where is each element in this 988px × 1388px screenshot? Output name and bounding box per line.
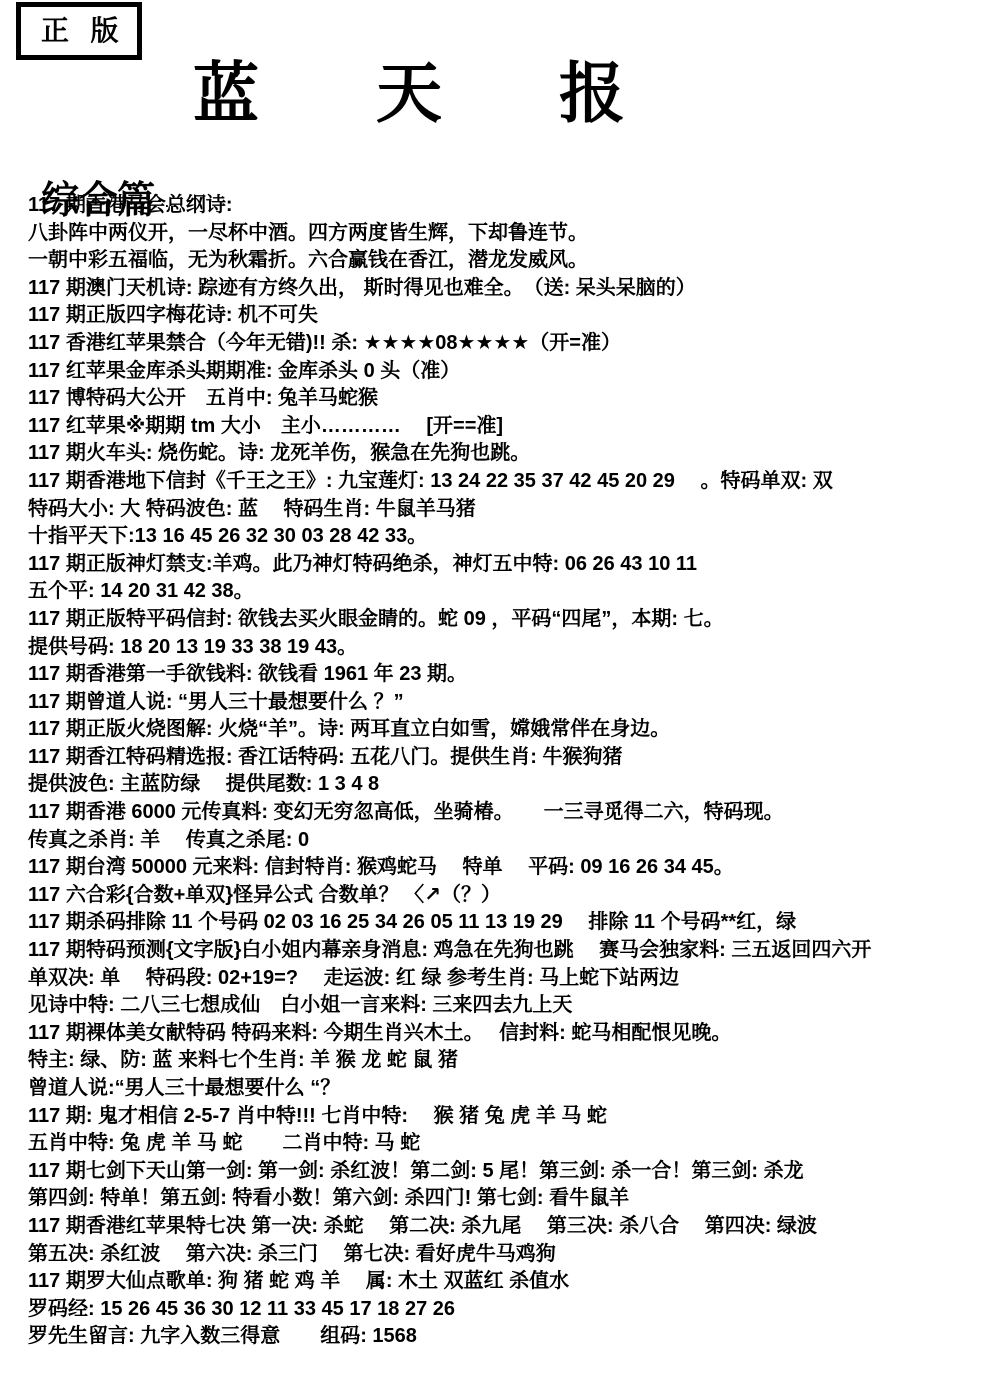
- text-line-22: 提供波色: 主蓝防绿 提供尾数: 1 3 4 8: [28, 771, 988, 799]
- text-line-15: 五个平: 14 20 31 42 38。: [28, 578, 988, 606]
- text-line-26: 117 六合彩{合数+单双}怪异公式 合数单？ 〈↗（？）: [28, 882, 988, 910]
- text-line-25: 117 期台湾 50000 元来料: 信封特肖: 猴鸡蛇马 特单 平码: 09 …: [28, 854, 988, 882]
- text-line-24: 传真之杀肖: 羊 传真之杀尾: 0: [28, 827, 988, 855]
- page: { "page": { "badge": "正 版", "title_chars…: [0, 0, 988, 1388]
- text-line-36: 117 期七剑下天山第一剑: 第一剑: 杀红波！第二剑: 5 尾！第三剑: 杀一…: [28, 1158, 988, 1186]
- text-line-42: 罗先生留言: 九字入数三得意 组码: 1568: [28, 1323, 988, 1351]
- text-line-32: 特主: 绿、防: 蓝 来料七个生肖: 羊 猴 龙 蛇 鼠 猪: [28, 1047, 988, 1075]
- title-char-2: 天: [376, 62, 442, 128]
- text-line-28: 117 期特码预测{文字版}白小姐内幕亲身消息: 鸡急在先狗也跳 赛马会独家料:…: [28, 937, 988, 965]
- text-line-39: 第五决: 杀红波 第六决: 杀三门 第七决: 看好虎牛马鸡狗: [28, 1241, 988, 1269]
- title-char-3: 报: [559, 62, 625, 128]
- text-line-23: 117 期香港 6000 元传真料: 变幻无穷忽高低，坐骑椿。 一三寻觅得二六，…: [28, 799, 988, 827]
- text-line-21: 117 期香江特码精选报: 香江话特码: 五花八门。提供生肖: 牛猴狗猪: [28, 744, 988, 772]
- text-line-4: 117 期澳门天机诗: 踪迹有方终久出， 斯时得见也难全。 （送: 呆头呆脑的）: [28, 275, 988, 303]
- text-line-5: 117 期正版四字梅花诗: 机不可失: [28, 302, 988, 330]
- text-line-30: 见诗中特: 二八三七想成仙 白小姐一言来料: 三来四去九上天: [28, 992, 988, 1020]
- text-line-10: 117 期火车头: 烧伤蛇。诗: 龙死羊伤，猴急在先狗也跳。: [28, 440, 988, 468]
- text-line-2: 八卦阵中两仪开，一尽杯中酒。四方两度皆生辉，下却鲁连节。: [28, 220, 988, 248]
- text-line-7: 117 红苹果金库杀头期期准: 金库杀头 0 头（准）: [28, 358, 988, 386]
- lines: 117 期香港马会总纲诗:八卦阵中两仪开，一尽杯中酒。四方两度皆生辉，下却鲁连节…: [28, 192, 988, 1351]
- text-line-9: 117 红苹果※期期 tm 大小 主小………… [开==准]: [28, 413, 988, 441]
- text-line-16: 117 期正版特平码信封: 欲钱去买火眼金睛的。蛇 09 ，平码“四尾”，本期:…: [28, 606, 988, 634]
- text-line-27: 117 期杀码排除 11 个号码 02 03 16 25 34 26 05 11…: [28, 909, 988, 937]
- text-line-34: 117 期: 鬼才相信 2-5-7 肖中特!!! 七肖中特: 猴 猪 兔 虎 羊…: [28, 1103, 988, 1131]
- authentic-edition-badge: 正 版: [16, 2, 142, 60]
- text-line-38: 117 期香港红苹果特七决 第一决: 杀蛇 第二决: 杀九尾 第三决: 杀八合 …: [28, 1213, 988, 1241]
- title-char-1: 蓝: [193, 62, 259, 128]
- text-line-18: 117 期香港第一手欲钱料: 欲钱看 1961 年 23 期。: [28, 661, 988, 689]
- text-line-37: 第四剑: 特单！第五剑: 特看小数！第六剑: 杀四门! 第七剑: 看牛鼠羊: [28, 1185, 988, 1213]
- text-line-12: 特码大小: 大 特码波色: 蓝 特码生肖: 牛鼠羊马猪: [28, 496, 988, 524]
- text-line-1: 117 期香港马会总纲诗:: [28, 192, 988, 220]
- text-line-8: 117 博特码大公开 五肖中: 兔羊马蛇猴: [28, 385, 988, 413]
- text-line-3: 一朝中彩五福临，无为秋霜折。六合赢钱在香江，潜龙发威风。: [28, 247, 988, 275]
- text-line-19: 117 期曾道人说: “男人三十最想要什么 ？”: [28, 689, 988, 717]
- text-line-11: 117 期香港地下信封《千王之王》: 九宝莲灯: 13 24 22 35 37 …: [28, 468, 988, 496]
- text-line-40: 117 期罗大仙点歌单: 狗 猪 蛇 鸡 羊 属: 木土 双蓝红 杀值水: [28, 1268, 988, 1296]
- text-line-20: 117 期正版火烧图解: 火烧“羊”。诗: 两耳直立白如雪，嫦娥常伴在身边。: [28, 716, 988, 744]
- text-line-17: 提供号码: 18 20 13 19 33 38 19 43。: [28, 634, 988, 662]
- text-line-41: 罗码经: 15 26 45 36 30 12 11 33 45 17 18 27…: [28, 1296, 988, 1324]
- text-line-14: 117 期正版神灯禁支:羊鸡。此乃神灯特码绝杀，神灯五中特: 06 26 43 …: [28, 551, 988, 579]
- text-line-31: 117 期裸体美女献特码 特码来料: 今期生肖兴木土。 信封料: 蛇马相配恨见晚…: [28, 1020, 988, 1048]
- text-line-6: 117 香港红苹果禁合（今年无错)!! 杀: ★★★★08★★★★（开=准）: [28, 330, 988, 358]
- text-line-35: 五肖中特: 兔 虎 羊 马 蛇 二肖中特: 马 蛇: [28, 1130, 988, 1158]
- text-line-33: 曾道人说:“男人三十最想要什么 “？: [28, 1075, 988, 1103]
- text-line-29: 单双决: 单 特码段: 02+19=? 走运波: 红 绿 参考生肖: 马上蛇下站…: [28, 965, 988, 993]
- newspaper-title: 蓝 天 报: [193, 62, 625, 128]
- text-line-13: 十指平天下:13 16 45 26 32 30 03 28 42 33。: [28, 523, 988, 551]
